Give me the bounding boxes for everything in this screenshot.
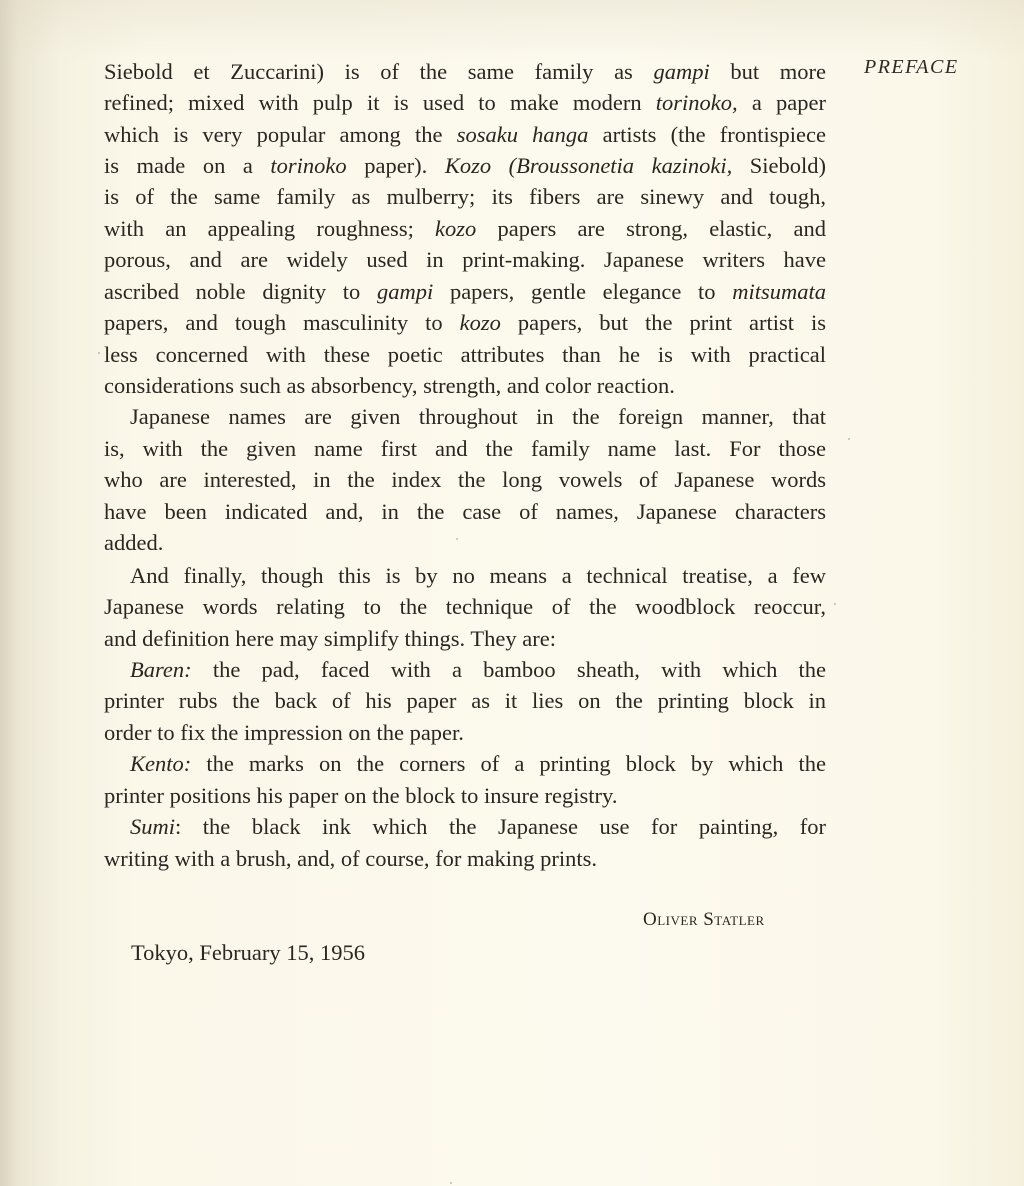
term-sosaku-hanga: sosaku hanga: [457, 122, 589, 147]
term-kozo-botanical: Kozo (Broussonetia kazinoki,: [445, 153, 732, 178]
text-line: added.: [104, 528, 826, 558]
text-line: is, with the given name first and the fa…: [104, 434, 826, 464]
text-line: less concerned with these poetic attribu…: [104, 340, 826, 370]
text-line: ascribed noble dignity to gampi papers, …: [104, 277, 826, 307]
term-torinoko: torinoko,: [656, 90, 738, 115]
text-line: refined; mixed with pulp it is used to m…: [104, 88, 826, 118]
paper-speck: [450, 1182, 452, 1184]
text-line: and definition here may simplify things.…: [104, 624, 826, 654]
text-line: is of the same family as mulberry; its f…: [104, 182, 826, 212]
paper-speck: [456, 538, 458, 540]
glossary-entry-sumi: Sumi: the black ink which the Japanese u…: [130, 812, 826, 842]
term-kozo: kozo: [435, 216, 476, 241]
page-top-shading: [0, 0, 1024, 60]
paper-speck: [98, 352, 100, 354]
text-line: is made on a torinoko paper). Kozo (Brou…: [104, 151, 826, 181]
text-line: have been indicated and, in the case of …: [104, 497, 826, 527]
running-head: PREFACE: [864, 56, 959, 79]
text-line: which is very popular among the sosaku h…: [104, 120, 826, 150]
term-mitsumata: mitsumata: [732, 279, 826, 304]
term-torinoko: torinoko: [270, 153, 346, 178]
text-line: printer positions his paper on the block…: [104, 781, 826, 811]
text-line: Japanese words relating to the technique…: [104, 592, 826, 622]
glossary-term: Sumi: [130, 814, 175, 839]
paper-speck: [848, 438, 850, 440]
text-line: with an appealing roughness; kozo papers…: [104, 214, 826, 244]
text-line: Japanese names are given throughout in t…: [130, 402, 826, 432]
text-line: writing with a brush, and, of course, fo…: [104, 844, 826, 874]
text-line: And finally, though this is by no means …: [130, 561, 826, 591]
text-line: who are interested, in the index the lon…: [104, 465, 826, 495]
glossary-term: Baren:: [130, 657, 192, 682]
glossary-entry-kento: Kento: the marks on the corners of a pri…: [130, 749, 826, 779]
glossary-term: Kento:: [130, 751, 191, 776]
text-line: papers, and tough masculinity to kozo pa…: [104, 308, 826, 338]
paper-speck: [834, 603, 836, 605]
text-line: printer rubs the back of his paper as it…: [104, 686, 826, 716]
glossary-entry-baren: Baren: the pad, faced with a bamboo shea…: [130, 655, 826, 685]
author-signature: Oliver Statler: [643, 909, 765, 931]
term-kozo: kozo: [460, 310, 501, 335]
term-gampi: gampi: [377, 279, 433, 304]
text-line: porous, and are widely used in print-mak…: [104, 245, 826, 275]
text-line: considerations such as absorbency, stren…: [104, 371, 826, 401]
text-line: order to fix the impression on the paper…: [104, 718, 826, 748]
dateline: Tokyo, February 15, 1956: [131, 938, 365, 968]
text-line: Siebold et Zuccarini) is of the same fam…: [104, 57, 826, 87]
term-gampi: gampi: [653, 59, 709, 84]
